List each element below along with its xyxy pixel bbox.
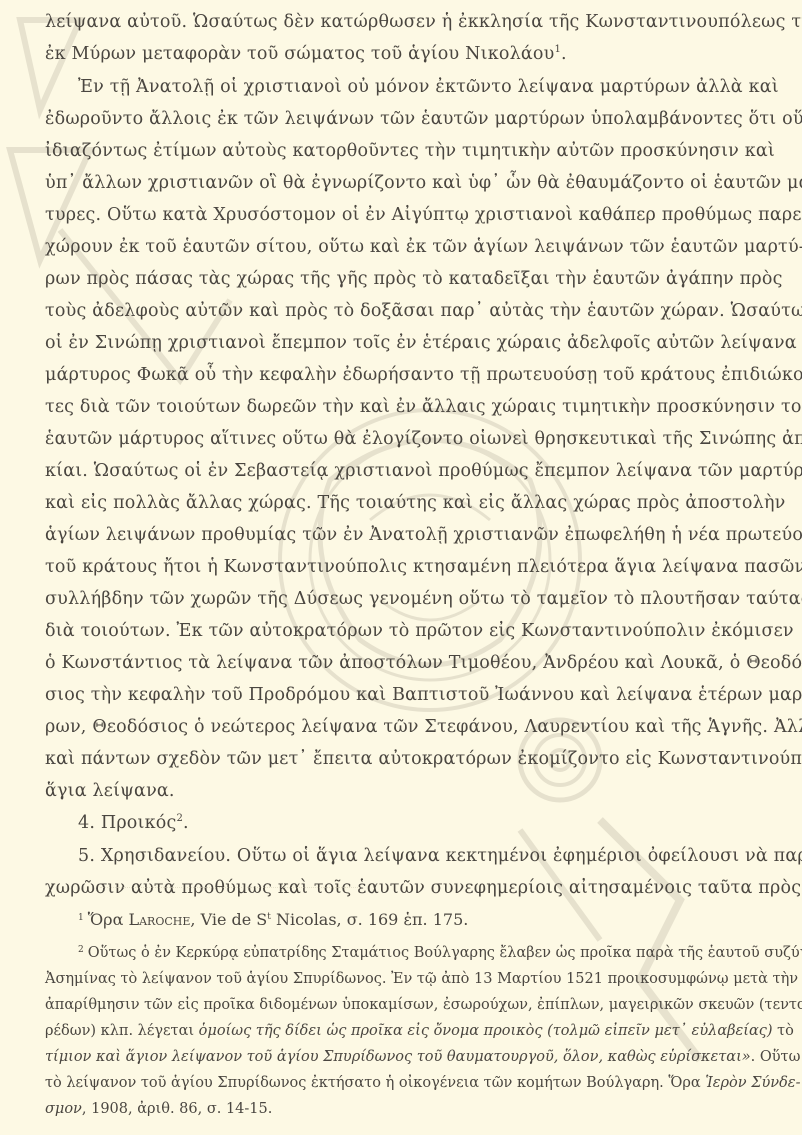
body-line: σιος τὴν κεφαλὴν τοῦ Προδρόμου καὶ Βαπτι…	[45, 685, 761, 705]
punctuation: .	[561, 44, 567, 64]
body-line: καὶ εἰς πολλὰς ἄλλας χώρας. Τῆς τοιαύτης…	[45, 493, 761, 513]
body-line: ἅγια λείψανα.	[45, 781, 761, 801]
footnote-quote: ὁμοίως τῆς δίδει ὡς προῖκα εἰς ὄνομα προ…	[199, 1023, 773, 1039]
body-line: ἐκ Μύρων μεταφορὰν τοῦ σώματος τοῦ ἁγίου…	[45, 44, 761, 64]
footnote-2-line: ἀπαρίθμησιν τῶν εἰς προῖκα διδομένων ὑπο…	[45, 996, 761, 1014]
body-line: ἐδωροῦντο ἄλλοις ἐκ τῶν λειψάνων τῶν ἑαυ…	[45, 109, 761, 129]
body-line: τες διὰ τῶν τοιούτων δωρεῶν τὴν καὶ ἐν ἄ…	[45, 397, 761, 417]
paragraph-first-line: Ἐν τῇ Ἀνατολῇ οἱ χριστιανοὶ οὐ μόνον ἐκτ…	[78, 77, 761, 97]
footnote-text: . Οὕτω	[751, 1049, 801, 1065]
body-line: ρων πρὸς πάσας τὰς χώρας τῆς γῆς πρὸς τὸ…	[45, 269, 761, 289]
footnote-text: ρέδων) κλπ. λέγεται	[45, 1023, 199, 1039]
body-line: ἑαυτῶν μάρτυρος αἵτινες οὕτω θὰ ἐλογίζον…	[45, 429, 761, 449]
footnote-2-line: τίμιον καὶ ἅγιον λείψανον τοῦ ἁγίου Σπυρ…	[45, 1048, 761, 1066]
footnote-2-line: 2Οὕτως ὁ ἐν Κερκύρᾳ εὐπατρίδης Σταμάτιος…	[78, 944, 761, 962]
footnote-text: Ὅρα	[88, 910, 124, 929]
body-line: οἱ ἐν Σινώπῃ χριστιανοὶ ἔπεμπον τοῖς ἐν …	[45, 333, 761, 353]
body-line: ἰδιαζόντως ἐτίμων αὐτοὺς κατορθοῦντες τὴ…	[45, 141, 761, 161]
body-line: τοῦ κράτους ἤτοι ἡ Κωνσταντινούπολις κτη…	[45, 557, 761, 577]
footnote-author: Laroche	[128, 910, 190, 929]
body-line: λείψανα αὐτοῦ. Ὡσαύτως δὲν κατώρθωσεν ἡ …	[45, 12, 761, 32]
body-line: συλλήβδην τῶν χωρῶν τῆς Δύσεως γενομένη …	[45, 589, 761, 609]
footnote-text: , Vie de S	[190, 910, 267, 929]
footnote-2-line: ρέδων) κλπ. λέγεται ὁμοίως τῆς δίδει ὡς …	[45, 1022, 761, 1040]
body-line: καὶ πάντων σχεδὸν τῶν μετ᾽ ἔπειτα αὐτοκρ…	[45, 749, 761, 769]
footnote-marker: 2	[78, 945, 84, 955]
body-line: ἁγίων λειψάνων προθυμίας τῶν ἐν Ἀνατολῇ …	[45, 525, 761, 545]
footnote-2-line: Ἀσημίνας τὸ λείψανον τοῦ ἁγίου Σπυρίδωνο…	[45, 970, 761, 988]
footnote-text: τὸ λείψανον τοῦ ἁγίου Σπυρίδωνος ἐκτήσατ…	[45, 1075, 705, 1091]
body-line: ὑπ᾽ ἄλλων χριστιανῶν οἳ θὰ ἐγνωρίζοντο κ…	[45, 173, 761, 193]
footnote-1: 1Ὅρα Laroche, Vie de St Nicolas, σ. 169 …	[78, 911, 761, 929]
body-line: τοὺς ἀδελφοὺς αὐτῶν καὶ πρὸς τὸ δοξᾶσαι …	[45, 301, 761, 321]
list-item-text: 4. Προικός	[78, 813, 176, 833]
body-line: μάρτυρος Φωκᾶ οὗ τὴν κεφαλὴν ἐδωρήσαντο …	[45, 365, 761, 385]
list-item-5: 5. Χρησιδανείου. Οὕτω οἱ ἅγια λείψανα κε…	[78, 846, 761, 866]
journal-title: Ἱερὸν Σύνδε-	[705, 1075, 800, 1091]
footnote-text: Οὕτως ὁ ἐν Κερκύρᾳ εὐπατρίδης Σταμάτιος …	[88, 945, 802, 961]
body-line: ὁ Κωνστάντιος τὰ λείψανα τῶν ἀποστόλων Τ…	[45, 653, 761, 673]
body-line: διὰ τοιούτων. Ἐκ τῶν αὐτοκρατόρων τὸ πρῶ…	[45, 621, 761, 641]
body-line: κίαι. Ὡσαύτως οἱ ἐν Σεβαστείᾳ χριστιανοὶ…	[45, 461, 761, 481]
body-line: τυρες. Οὕτω κατὰ Χρυσόστομον οἱ ἐν Αἰγύπ…	[45, 205, 761, 225]
footnote-2-line: σμον, 1908, ἀριθ. 86, σ. 14-15.	[45, 1100, 761, 1118]
body-line: χώρουν ἐκ τοῦ ἑαυτῶν σίτου, οὕτω καὶ ἐκ …	[45, 237, 761, 257]
journal-title: σμον	[45, 1101, 82, 1117]
cropped-line-remnant	[100, 887, 360, 892]
punctuation: .	[183, 813, 189, 833]
footnote-text: τὸ	[773, 1023, 794, 1039]
body-line: ρων, Θεοδόσιος ὁ νεώτερος λείψανα τῶν Στ…	[45, 717, 761, 737]
list-item-4: 4. Προικός2.	[78, 813, 761, 833]
footnote-quote: τίμιον καὶ ἅγιον λείψανον τοῦ ἁγίου Σπυρ…	[45, 1049, 751, 1065]
footnote-text: Nicolas, σ. 169 ἑπ. 175.	[271, 910, 468, 929]
footnote-2-line: τὸ λείψανον τοῦ ἁγίου Σπυρίδωνος ἐκτήσατ…	[45, 1074, 761, 1092]
footnote-marker: 1	[78, 913, 84, 923]
footnote-text: , 1908, ἀριθ. 86, σ. 14-15.	[82, 1101, 272, 1117]
body-line-text: ἐκ Μύρων μεταφορὰν τοῦ σώματος τοῦ ἁγίου…	[45, 44, 554, 64]
